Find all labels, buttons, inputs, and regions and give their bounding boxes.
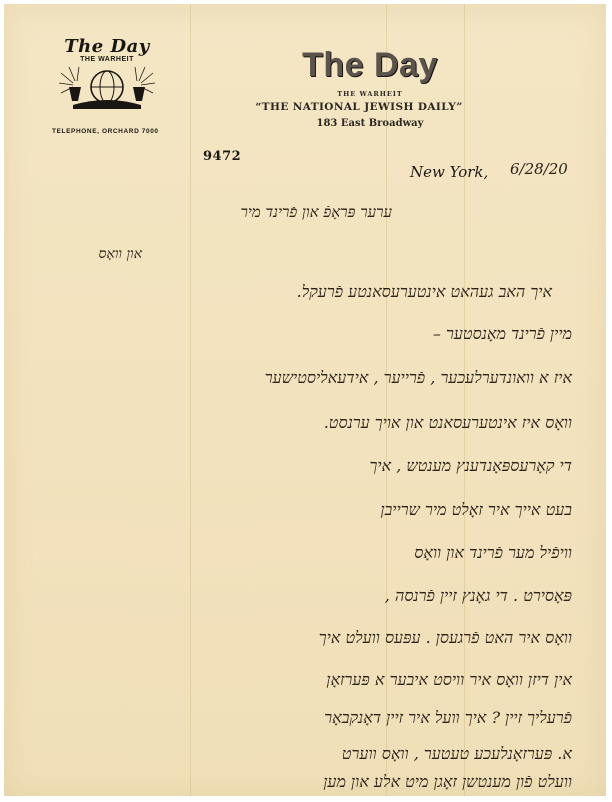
masthead-address: 183 East Broadway [240, 118, 500, 129]
place-line: New York, [410, 163, 488, 181]
handwritten-line: פּאָסירט . די גאָנץ זיין פֿרנסה , [385, 586, 572, 606]
globe-torches-emblem-icon [59, 65, 155, 111]
handwritten-line: איך האב געהאט אינטערעסאנטע פֿרעקל. [297, 282, 552, 302]
paper-fold [190, 4, 191, 796]
letterhead-logo: The Day THE WARHEIT [52, 36, 162, 111]
handwritten-line: ערער פּראָפֿ און פֿרינד מיר [240, 203, 392, 222]
handwritten-line: וואָס איז אינטערעסאנט און אויך ערנסט. [324, 413, 572, 433]
telephone-line: TELEPHONE, ORCHARD 7000 [52, 128, 159, 135]
handwritten-line: איז א וואונדערלעכער , פֿרייער , אידעאליס… [265, 368, 572, 388]
handwritten-line: בעט אייך איר זאָלט מיר שרייבן [381, 500, 572, 520]
handwritten-line: וואָס איר האט פֿרגעסן . עפּעס וועלט איך [319, 628, 572, 648]
handwritten-line: וועלט פֿון מענטשן זאָגן מיט אלע און מען [323, 772, 572, 792]
handwritten-line: אין דיזן וואָס איר וויסט איבער א פּערזאָ… [326, 670, 572, 690]
handwritten-line: מיין פֿרינד מאָנסטער – [433, 324, 572, 344]
masthead-tagline: “THE NATIONAL JEWISH DAILY” [218, 101, 500, 113]
masthead-title: The Day [240, 48, 500, 82]
handwritten-line: פֿרעליך זיין ? איך וועל איר זיין דאָנקבא… [324, 708, 572, 728]
handwritten-line: וויפֿיל מער פֿרינד און וואָס [414, 543, 572, 563]
logo-title: The Day [52, 36, 162, 57]
handwritten-line: און וואָס [98, 246, 142, 263]
logo-subtitle: THE WARHEIT [52, 56, 162, 63]
masthead-subtitle: THE WARHEIT [240, 90, 500, 98]
letter-date: 6/28/20 [510, 160, 568, 178]
handwritten-line: די קאָרעספּאָנדענץ מענטש , איך [370, 456, 573, 476]
handwritten-line: א. פּערזאָנלעכע טעטער , וואָס ווערט [342, 744, 572, 764]
letter-number: 9472 [203, 149, 241, 164]
masthead: The Day THE WARHEIT “THE NATIONAL JEWISH… [240, 48, 500, 129]
